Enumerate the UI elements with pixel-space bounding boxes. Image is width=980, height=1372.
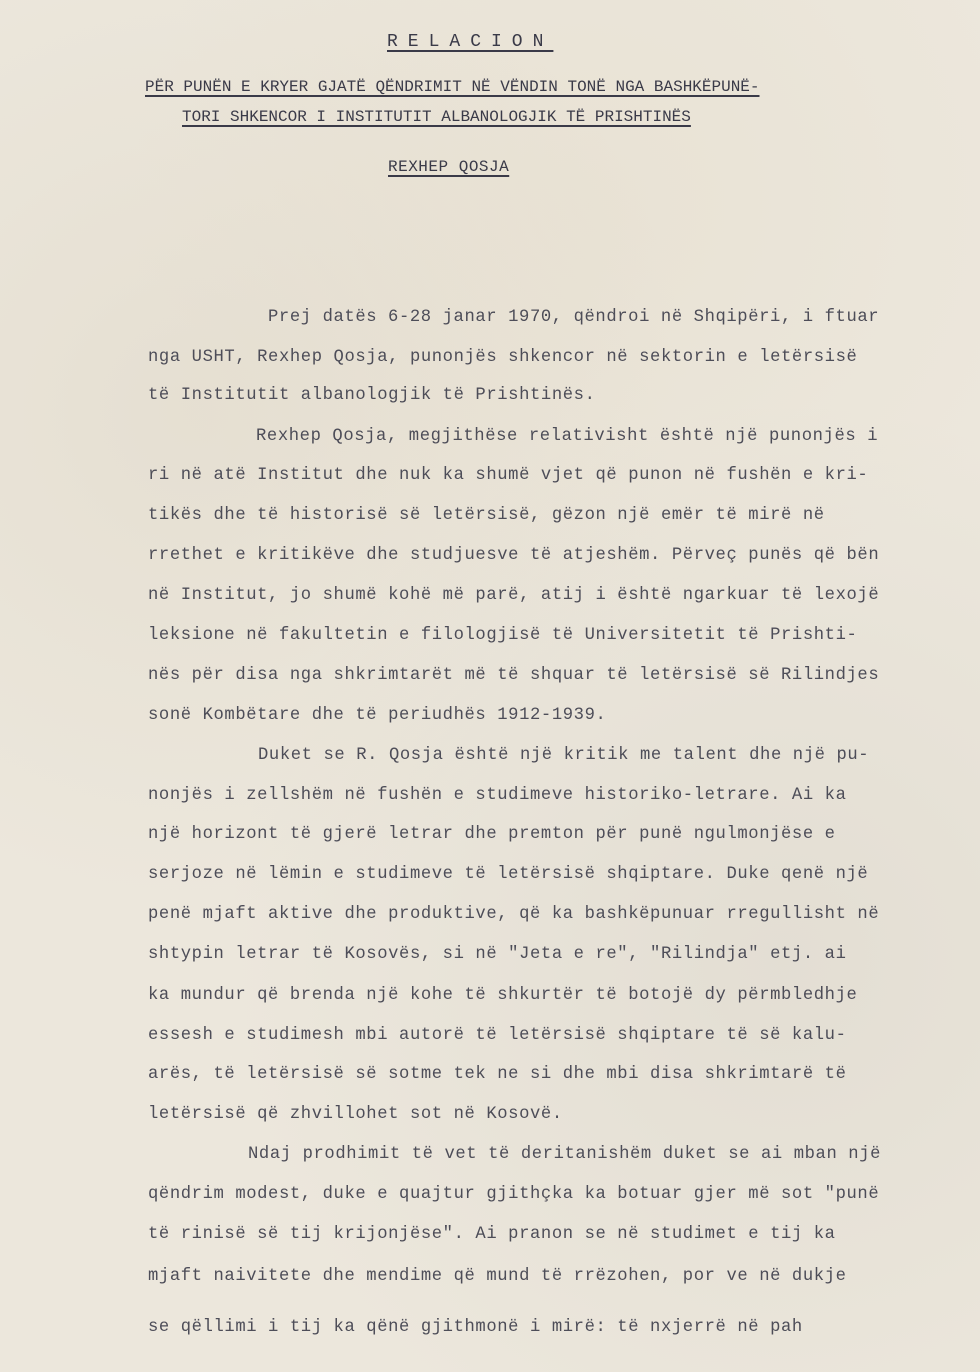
body-line: nonjës i zellshëm në fushën e studimeve … (148, 786, 847, 806)
body-line: tikës dhe të historisë së letërsisë, gëz… (148, 506, 825, 526)
body-line: ka mundur që brenda një kohe të shkurtër… (148, 986, 857, 1006)
typewritten-document-page: RELACION PËR PUNËN E KRYER GJATË QËNDRIM… (0, 0, 980, 1372)
body-line: një horizont të gjerë letrar dhe premton… (148, 825, 836, 845)
body-line: të rinisë së tij krijonjëse". Ai pranon … (148, 1225, 836, 1245)
body-line: shtypin letrar të Kosovës, si në "Jeta e… (148, 945, 847, 965)
body-line: rrethet e kritikëve dhe studjuesve të at… (148, 546, 879, 566)
body-line: mjaft naivitete dhe mendime që mund të r… (148, 1267, 847, 1287)
body-line: serjoze në lëmin e studimeve të letërsis… (148, 865, 868, 885)
body-line: në Institut, jo shumë kohë më parë, atij… (148, 586, 879, 606)
document-subtitle-line-1: PËR PUNËN E KRYER GJATË QËNDRIMIT NË VËN… (145, 78, 760, 96)
body-line: qëndrim modest, duke e quajtur gjithçka … (148, 1185, 879, 1205)
body-line: Duket se R. Qosja është një kritik me ta… (258, 746, 869, 766)
document-author: REXHEP QOSJA (388, 158, 509, 176)
body-line: nës për disa nga shkrimtarët më të shqua… (148, 666, 879, 686)
body-line: Prej datës 6-28 janar 1970, qëndroi në S… (268, 308, 879, 328)
body-line: se qëllimi i tij ka qënë gjithmonë i mir… (148, 1318, 803, 1338)
body-line: të Institutit albanologjik të Prishtinës… (148, 386, 595, 406)
body-line: essesh e studimesh mbi autorë të letërsi… (148, 1026, 847, 1046)
body-line: Rexhep Qosja, megjithëse relativisht ësh… (256, 427, 878, 447)
body-line: arës, të letërsisë së sotme tek ne si dh… (148, 1065, 847, 1085)
document-title: RELACION (387, 33, 553, 51)
body-line: sonë Kombëtare dhe të periudhës 1912-193… (148, 706, 606, 726)
document-subtitle-line-2: TORI SHKENCOR I INSTITUTIT ALBANOLOGJIK … (182, 108, 691, 126)
body-line: nga USHT, Rexhep Qosja, punonjës shkenco… (148, 348, 857, 368)
body-line: ri në atë Institut dhe nuk ka shumë vjet… (148, 466, 868, 486)
body-line: Ndaj prodhimit të vet të deritanishëm du… (248, 1145, 881, 1165)
body-line: letërsisë që zhvillohet sot në Kosovë. (148, 1105, 563, 1125)
body-line: penë mjaft aktive dhe produktive, që ka … (148, 905, 879, 925)
body-line: leksione në fakultetin e filologjisë të … (148, 626, 857, 646)
